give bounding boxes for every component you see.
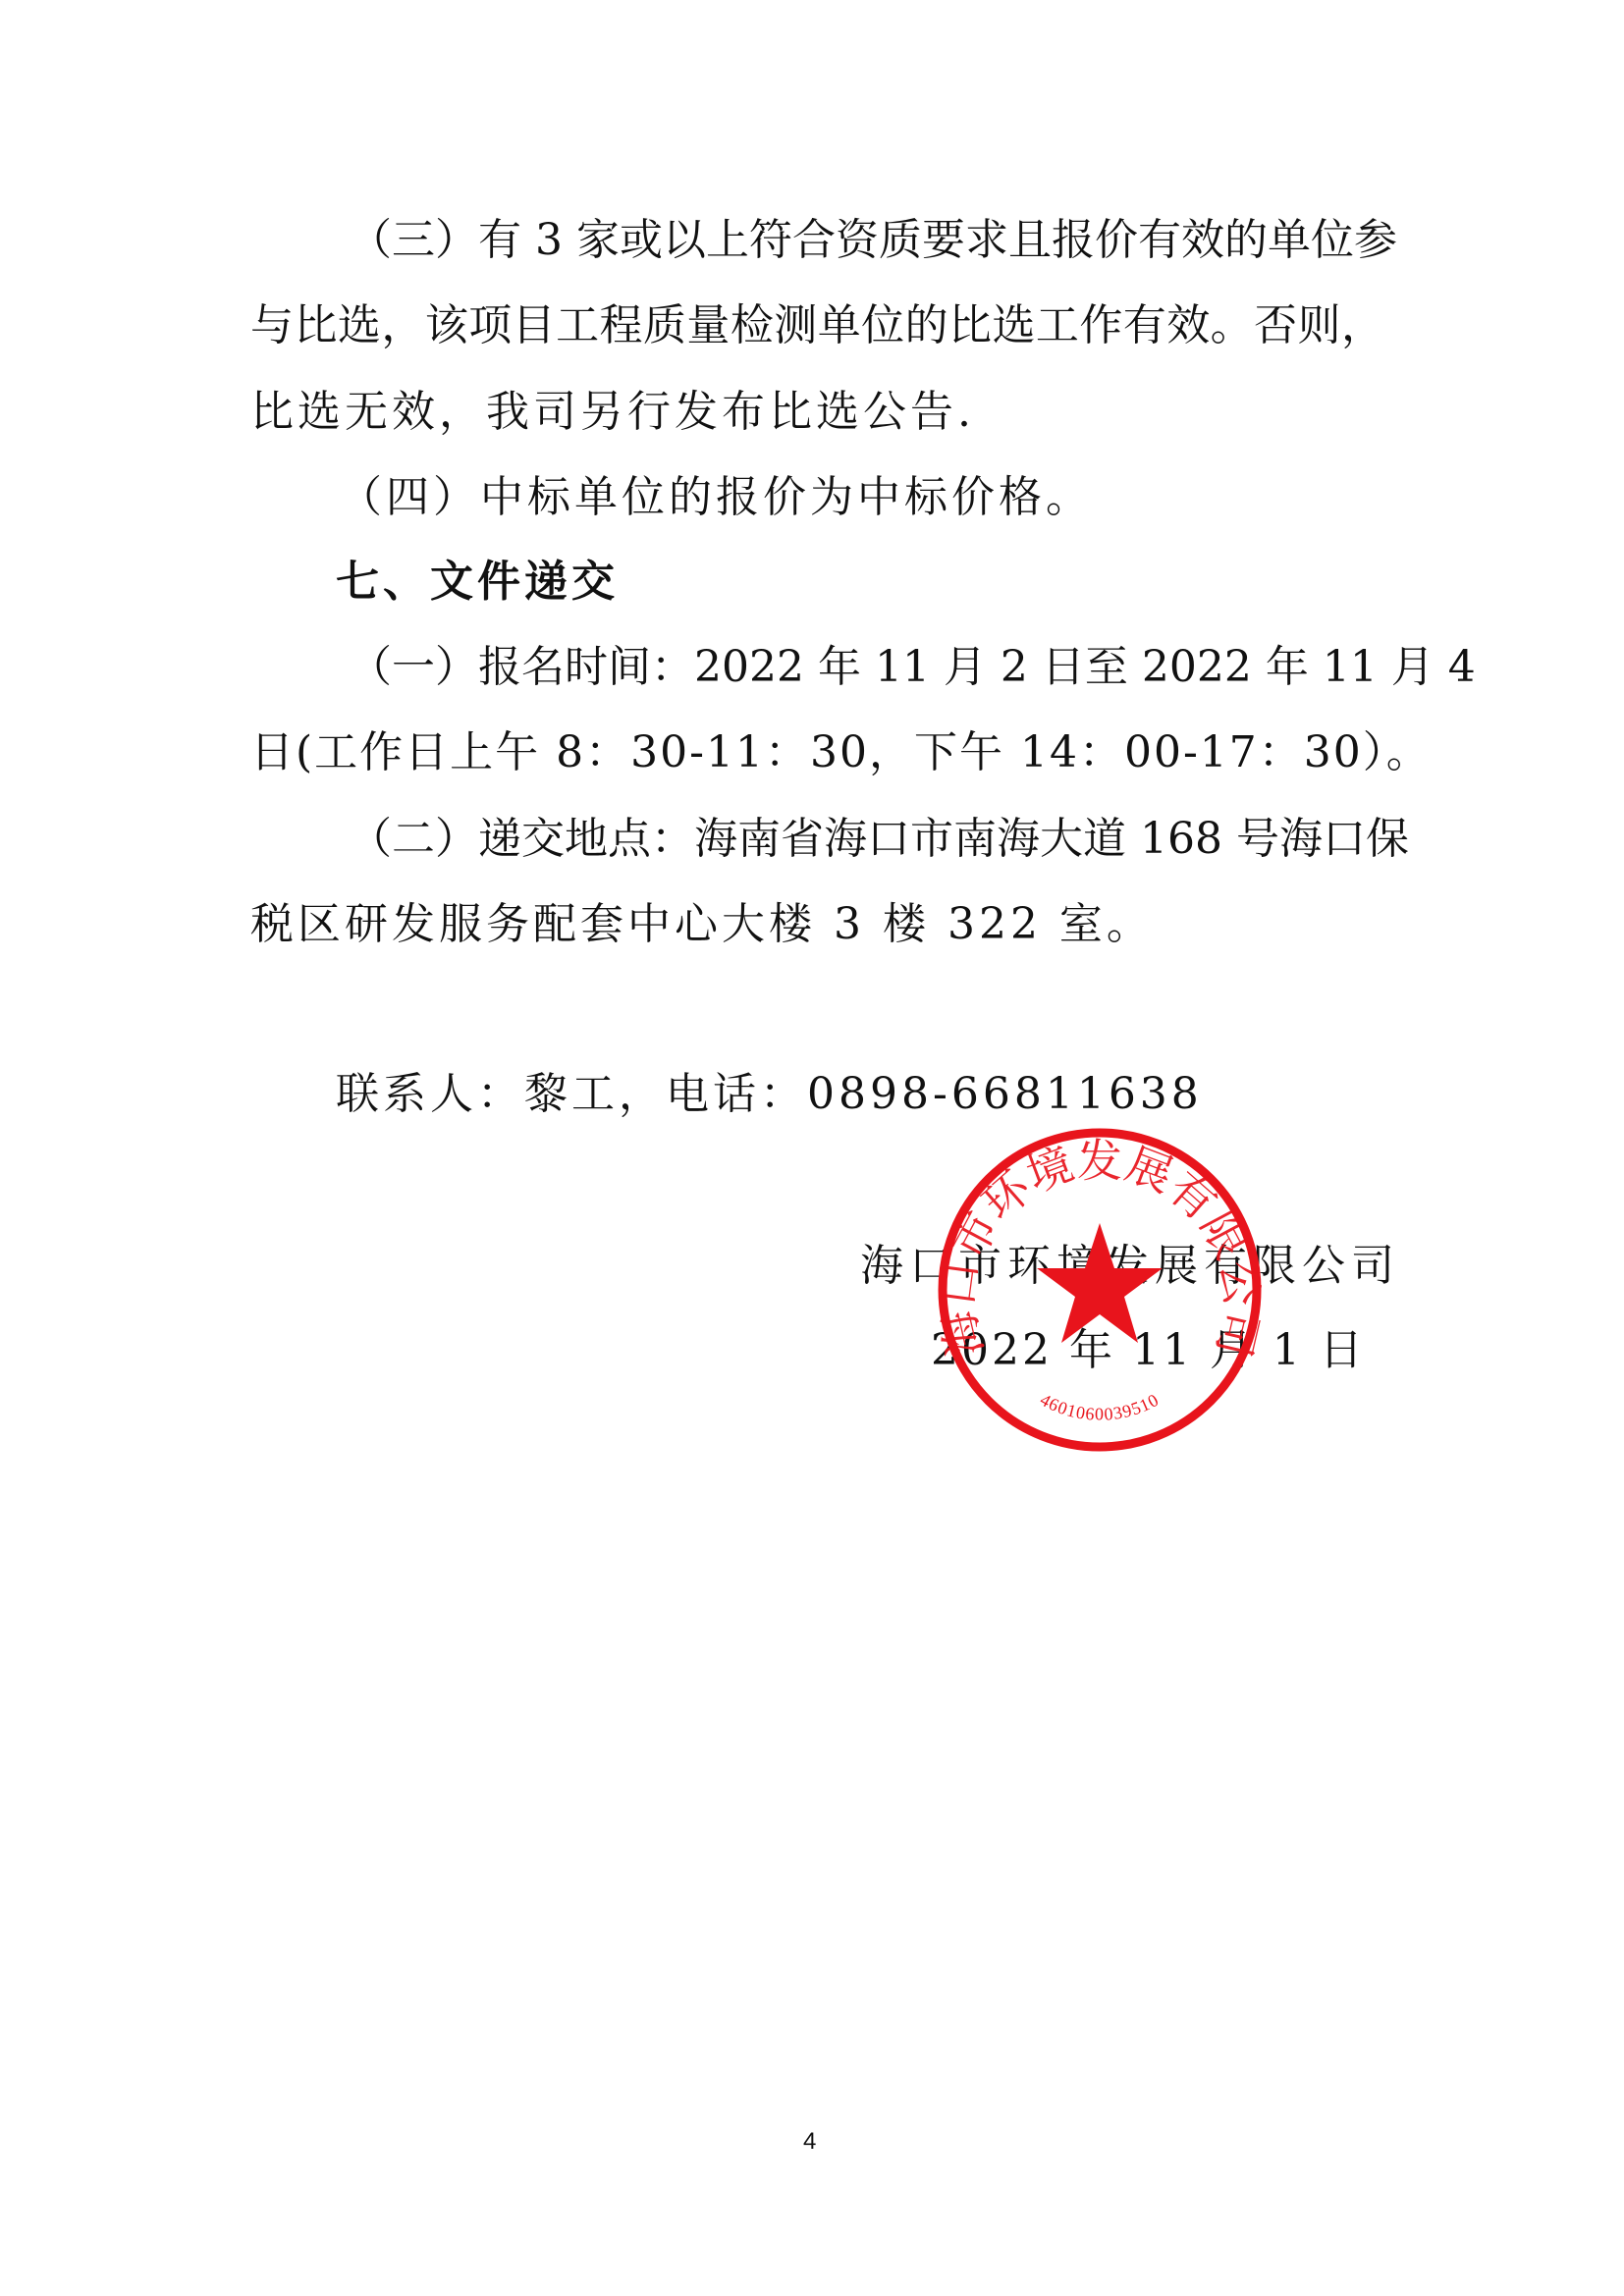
paragraph-3-line-1: （三）有 3 家或以上符合资质要求且报价有效的单位参 [250, 211, 1384, 270]
svg-text:4601060039510: 4601060039510 [1037, 1390, 1163, 1424]
section-7-item-2-line-2: 税区研发服务配套中心大楼 3 楼 322 室。 [250, 895, 1154, 954]
signature-company: 海口市环境发展有限公司 [860, 1237, 1400, 1296]
paragraph-3-line-2: 与比选，该项目工程质量检测单位的比选工作有效。否则， [250, 296, 1384, 355]
section-7-item-2-line-1: （二）递交地点：海南省海口市南海大道 168 号海口保 [250, 810, 1384, 869]
section-7-item-1-line-1: （一）报名时间：2022 年 11 月 2 日至 2022 年 11 月 4 [250, 638, 1384, 697]
section-7-heading: 七、文件递交 [336, 553, 619, 612]
seal-code: 4601060039510 [1037, 1390, 1163, 1424]
contact-line: 联系人：黎工，电话：0898-66811638 [336, 1065, 1203, 1124]
paragraph-4: （四）中标单位的报价为中标价格。 [339, 468, 1093, 527]
page-number: 4 [803, 2128, 816, 2156]
signature-date: 2022 年 11 月 1 日 [931, 1321, 1366, 1380]
paragraph-3-line-3: 比选无效，我司另行发布比选公告. [250, 383, 975, 442]
section-7-item-1-line-2: 日(工作日上午 8：30-11：30，下午 14：00-17：30）。 [250, 723, 1432, 782]
